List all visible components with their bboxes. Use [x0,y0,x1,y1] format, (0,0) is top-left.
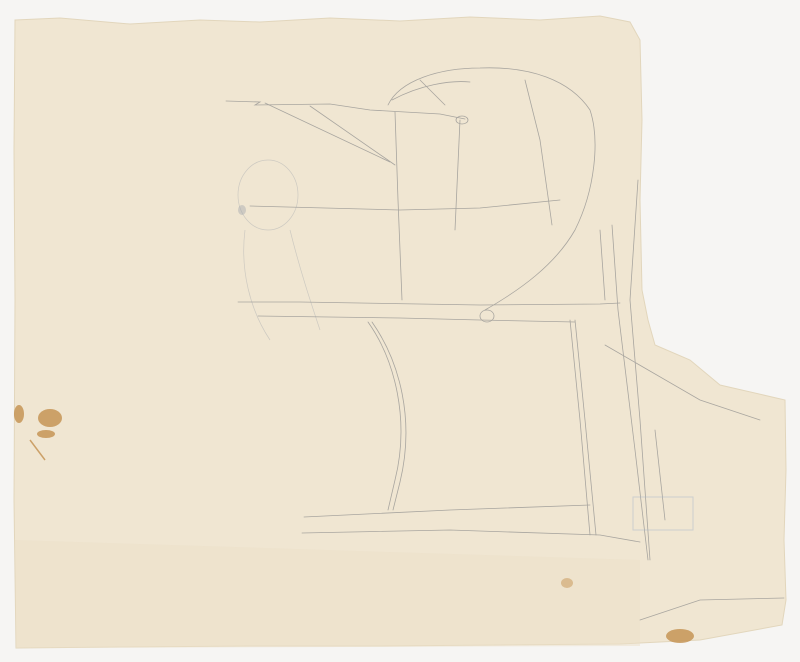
sketch-artwork [0,0,800,662]
